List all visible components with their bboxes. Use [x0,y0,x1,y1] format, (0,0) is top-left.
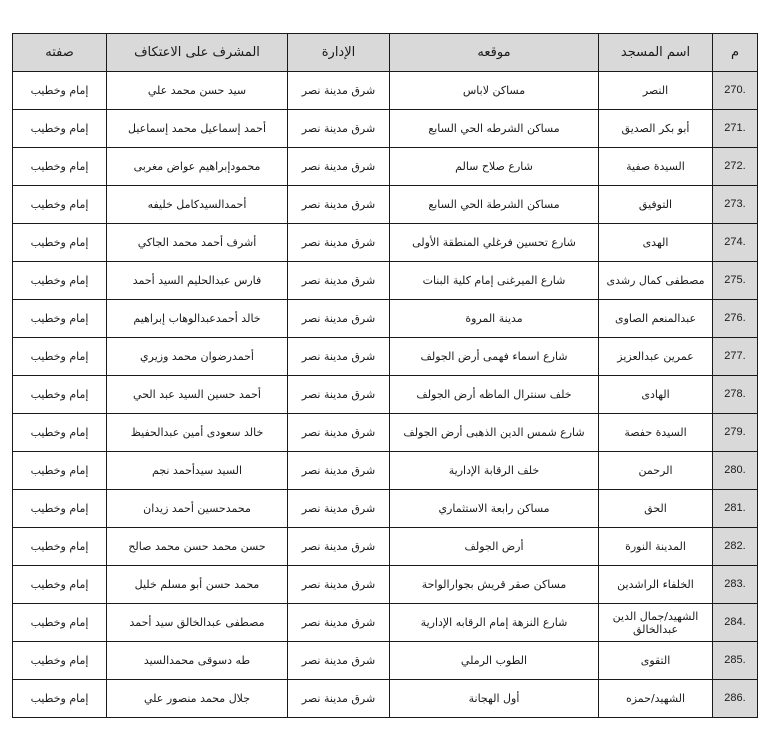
role-cell: إمام وخطيب [13,300,107,338]
header-num: م [713,34,758,72]
location-cell: شارع اسماء فهمى أرض الجولف [390,338,599,376]
row-number: 284. [713,604,758,642]
role-cell: إمام وخطيب [13,528,107,566]
row-number: 273. [713,186,758,224]
mosque-name-cell: السيدة صفية [599,148,713,186]
mosque-name-cell: النصر [599,72,713,110]
row-number: 286. [713,680,758,718]
supervisor-cell: أحمد حسين السيد عبد الحي [107,376,288,414]
administration-cell: شرق مدينة نصر [288,528,390,566]
supervisor-cell: محمد حسن أبو مسلم خليل [107,566,288,604]
supervisor-cell: خالد أحمدعبدالوهاب إبراهيم [107,300,288,338]
supervisor-cell: مصطفى عبدالخالق سيد أحمد [107,604,288,642]
administration-cell: شرق مدينة نصر [288,642,390,680]
mosque-name-cell: الهدى [599,224,713,262]
table-row: 273.التوفيقمساكن الشرطة الحي السابعشرق م… [13,186,758,224]
location-cell: مساكن لاباس [390,72,599,110]
table-row: 282.المدينة النورةأرض الجولفشرق مدينة نص… [13,528,758,566]
location-cell: شارع الميرغنى إمام كلية البنات [390,262,599,300]
mosque-name-cell: التوفيق [599,186,713,224]
role-cell: إمام وخطيب [13,566,107,604]
supervisor-cell: خالد سعودى أمين عبدالحفيظ [107,414,288,452]
administration-cell: شرق مدينة نصر [288,338,390,376]
role-cell: إمام وخطيب [13,490,107,528]
administration-cell: شرق مدينة نصر [288,300,390,338]
administration-cell: شرق مدينة نصر [288,490,390,528]
supervisor-cell: فارس عبدالحليم السيد أحمد [107,262,288,300]
mosque-name-cell: عمرين عبدالعزيز [599,338,713,376]
table-row: 286.الشهيد/حمزهأول الهجانةشرق مدينة نصرج… [13,680,758,718]
location-cell: شارع شمس الدين الذهبى أرض الجولف [390,414,599,452]
table-row: 275.مصطفى كمال رشدىشارع الميرغنى إمام كل… [13,262,758,300]
row-number: 285. [713,642,758,680]
supervisor-cell: جلال محمد منصور علي [107,680,288,718]
row-number: 280. [713,452,758,490]
mosques-table: م اسم المسجد موقعه الإدارة المشرف على ال… [12,33,758,718]
role-cell: إمام وخطيب [13,680,107,718]
table-row: 280.الرحمنخلف الرقابة الإداريةشرق مدينة … [13,452,758,490]
mosque-name-cell: السيدة حفصة [599,414,713,452]
row-number: 271. [713,110,758,148]
row-number: 276. [713,300,758,338]
role-cell: إمام وخطيب [13,72,107,110]
supervisor-cell: السيد سيدأحمد نجم [107,452,288,490]
table-row: 270.النصرمساكن لاباسشرق مدينة نصرسيد حسن… [13,72,758,110]
supervisor-cell: سيد حسن محمد علي [107,72,288,110]
table-row: 285.التقوىالطوب الرمليشرق مدينة نصرطه دس… [13,642,758,680]
role-cell: إمام وخطيب [13,338,107,376]
table-row: 276.عبدالمنعم الصاوىمدينة المروةشرق مدين… [13,300,758,338]
administration-cell: شرق مدينة نصر [288,414,390,452]
location-cell: مساكن صقر قريش بجوارالواحة [390,566,599,604]
mosque-name-cell: التقوى [599,642,713,680]
administration-cell: شرق مدينة نصر [288,72,390,110]
administration-cell: شرق مدينة نصر [288,376,390,414]
administration-cell: شرق مدينة نصر [288,262,390,300]
role-cell: إمام وخطيب [13,604,107,642]
header-role: صفته [13,34,107,72]
row-number: 275. [713,262,758,300]
administration-cell: شرق مدينة نصر [288,224,390,262]
mosque-name-cell: الشهيد/حمزه [599,680,713,718]
row-number: 278. [713,376,758,414]
location-cell: خلف سنترال الماظه أرض الجولف [390,376,599,414]
administration-cell: شرق مدينة نصر [288,148,390,186]
mosque-name-cell: المدينة النورة [599,528,713,566]
row-number: 283. [713,566,758,604]
location-cell: الطوب الرملي [390,642,599,680]
location-cell: شارع النزهة إمام الرقابه الإدارية [390,604,599,642]
mosque-name-cell: الهادى [599,376,713,414]
role-cell: إمام وخطيب [13,224,107,262]
supervisor-cell: أحمدالسيدكامل خليفه [107,186,288,224]
administration-cell: شرق مدينة نصر [288,566,390,604]
mosque-name-cell: الخلفاء الراشدين [599,566,713,604]
table-row: 274.الهدىشارع تحسين فرغلي المنطقة الأولى… [13,224,758,262]
location-cell: مساكن الشرطه الحي السابع [390,110,599,148]
location-cell: شارع صلاح سالم [390,148,599,186]
role-cell: إمام وخطيب [13,452,107,490]
administration-cell: شرق مدينة نصر [288,110,390,148]
header-location: موقعه [390,34,599,72]
supervisor-cell: طه دسوقى محمدالسيد [107,642,288,680]
supervisor-cell: محمدحسين أحمد زيدان [107,490,288,528]
role-cell: إمام وخطيب [13,414,107,452]
role-cell: إمام وخطيب [13,148,107,186]
role-cell: إمام وخطيب [13,642,107,680]
administration-cell: شرق مدينة نصر [288,186,390,224]
table-row: 283.الخلفاء الراشدينمساكن صقر قريش بجوار… [13,566,758,604]
table-row: 271.أبو بكر الصديقمساكن الشرطه الحي السا… [13,110,758,148]
mosque-name-cell: الحق [599,490,713,528]
row-number: 272. [713,148,758,186]
administration-cell: شرق مدينة نصر [288,452,390,490]
location-cell: مساكن رابعة الاستثماري [390,490,599,528]
mosque-name-cell: أبو بكر الصديق [599,110,713,148]
header-row: م اسم المسجد موقعه الإدارة المشرف على ال… [13,34,758,72]
header-administration: الإدارة [288,34,390,72]
mosque-name-cell: الشهيد/جمال الدين عبدالخالق [599,604,713,642]
location-cell: شارع تحسين فرغلي المنطقة الأولى [390,224,599,262]
row-number: 270. [713,72,758,110]
location-cell: مساكن الشرطة الحي السابع [390,186,599,224]
location-cell: أرض الجولف [390,528,599,566]
location-cell: خلف الرقابة الإدارية [390,452,599,490]
administration-cell: شرق مدينة نصر [288,680,390,718]
row-number: 279. [713,414,758,452]
supervisor-cell: أحمد إسماعيل محمد إسماعيل [107,110,288,148]
role-cell: إمام وخطيب [13,186,107,224]
header-mosque-name: اسم المسجد [599,34,713,72]
row-number: 277. [713,338,758,376]
row-number: 281. [713,490,758,528]
role-cell: إمام وخطيب [13,110,107,148]
table-row: 281.الحقمساكن رابعة الاستثماريشرق مدينة … [13,490,758,528]
row-number: 282. [713,528,758,566]
table-row: 284.الشهيد/جمال الدين عبدالخالقشارع النز… [13,604,758,642]
supervisor-cell: أشرف أحمد محمد الجاكي [107,224,288,262]
administration-cell: شرق مدينة نصر [288,604,390,642]
location-cell: أول الهجانة [390,680,599,718]
table-row: 277.عمرين عبدالعزيزشارع اسماء فهمى أرض ا… [13,338,758,376]
mosque-name-cell: مصطفى كمال رشدى [599,262,713,300]
role-cell: إمام وخطيب [13,262,107,300]
header-supervisor: المشرف على الاعتكاف [107,34,288,72]
location-cell: مدينة المروة [390,300,599,338]
supervisor-cell: محمودإبراهيم عواض مغربى [107,148,288,186]
mosque-name-cell: عبدالمنعم الصاوى [599,300,713,338]
table-row: 279.السيدة حفصةشارع شمس الدين الذهبى أرض… [13,414,758,452]
table-row: 278.الهادىخلف سنترال الماظه أرض الجولفشر… [13,376,758,414]
supervisor-cell: أحمدرضوان محمد وزيري [107,338,288,376]
supervisor-cell: حسن محمد حسن محمد صالح [107,528,288,566]
role-cell: إمام وخطيب [13,376,107,414]
row-number: 274. [713,224,758,262]
mosque-name-cell: الرحمن [599,452,713,490]
table-row: 272.السيدة صفيةشارع صلاح سالمشرق مدينة ن… [13,148,758,186]
